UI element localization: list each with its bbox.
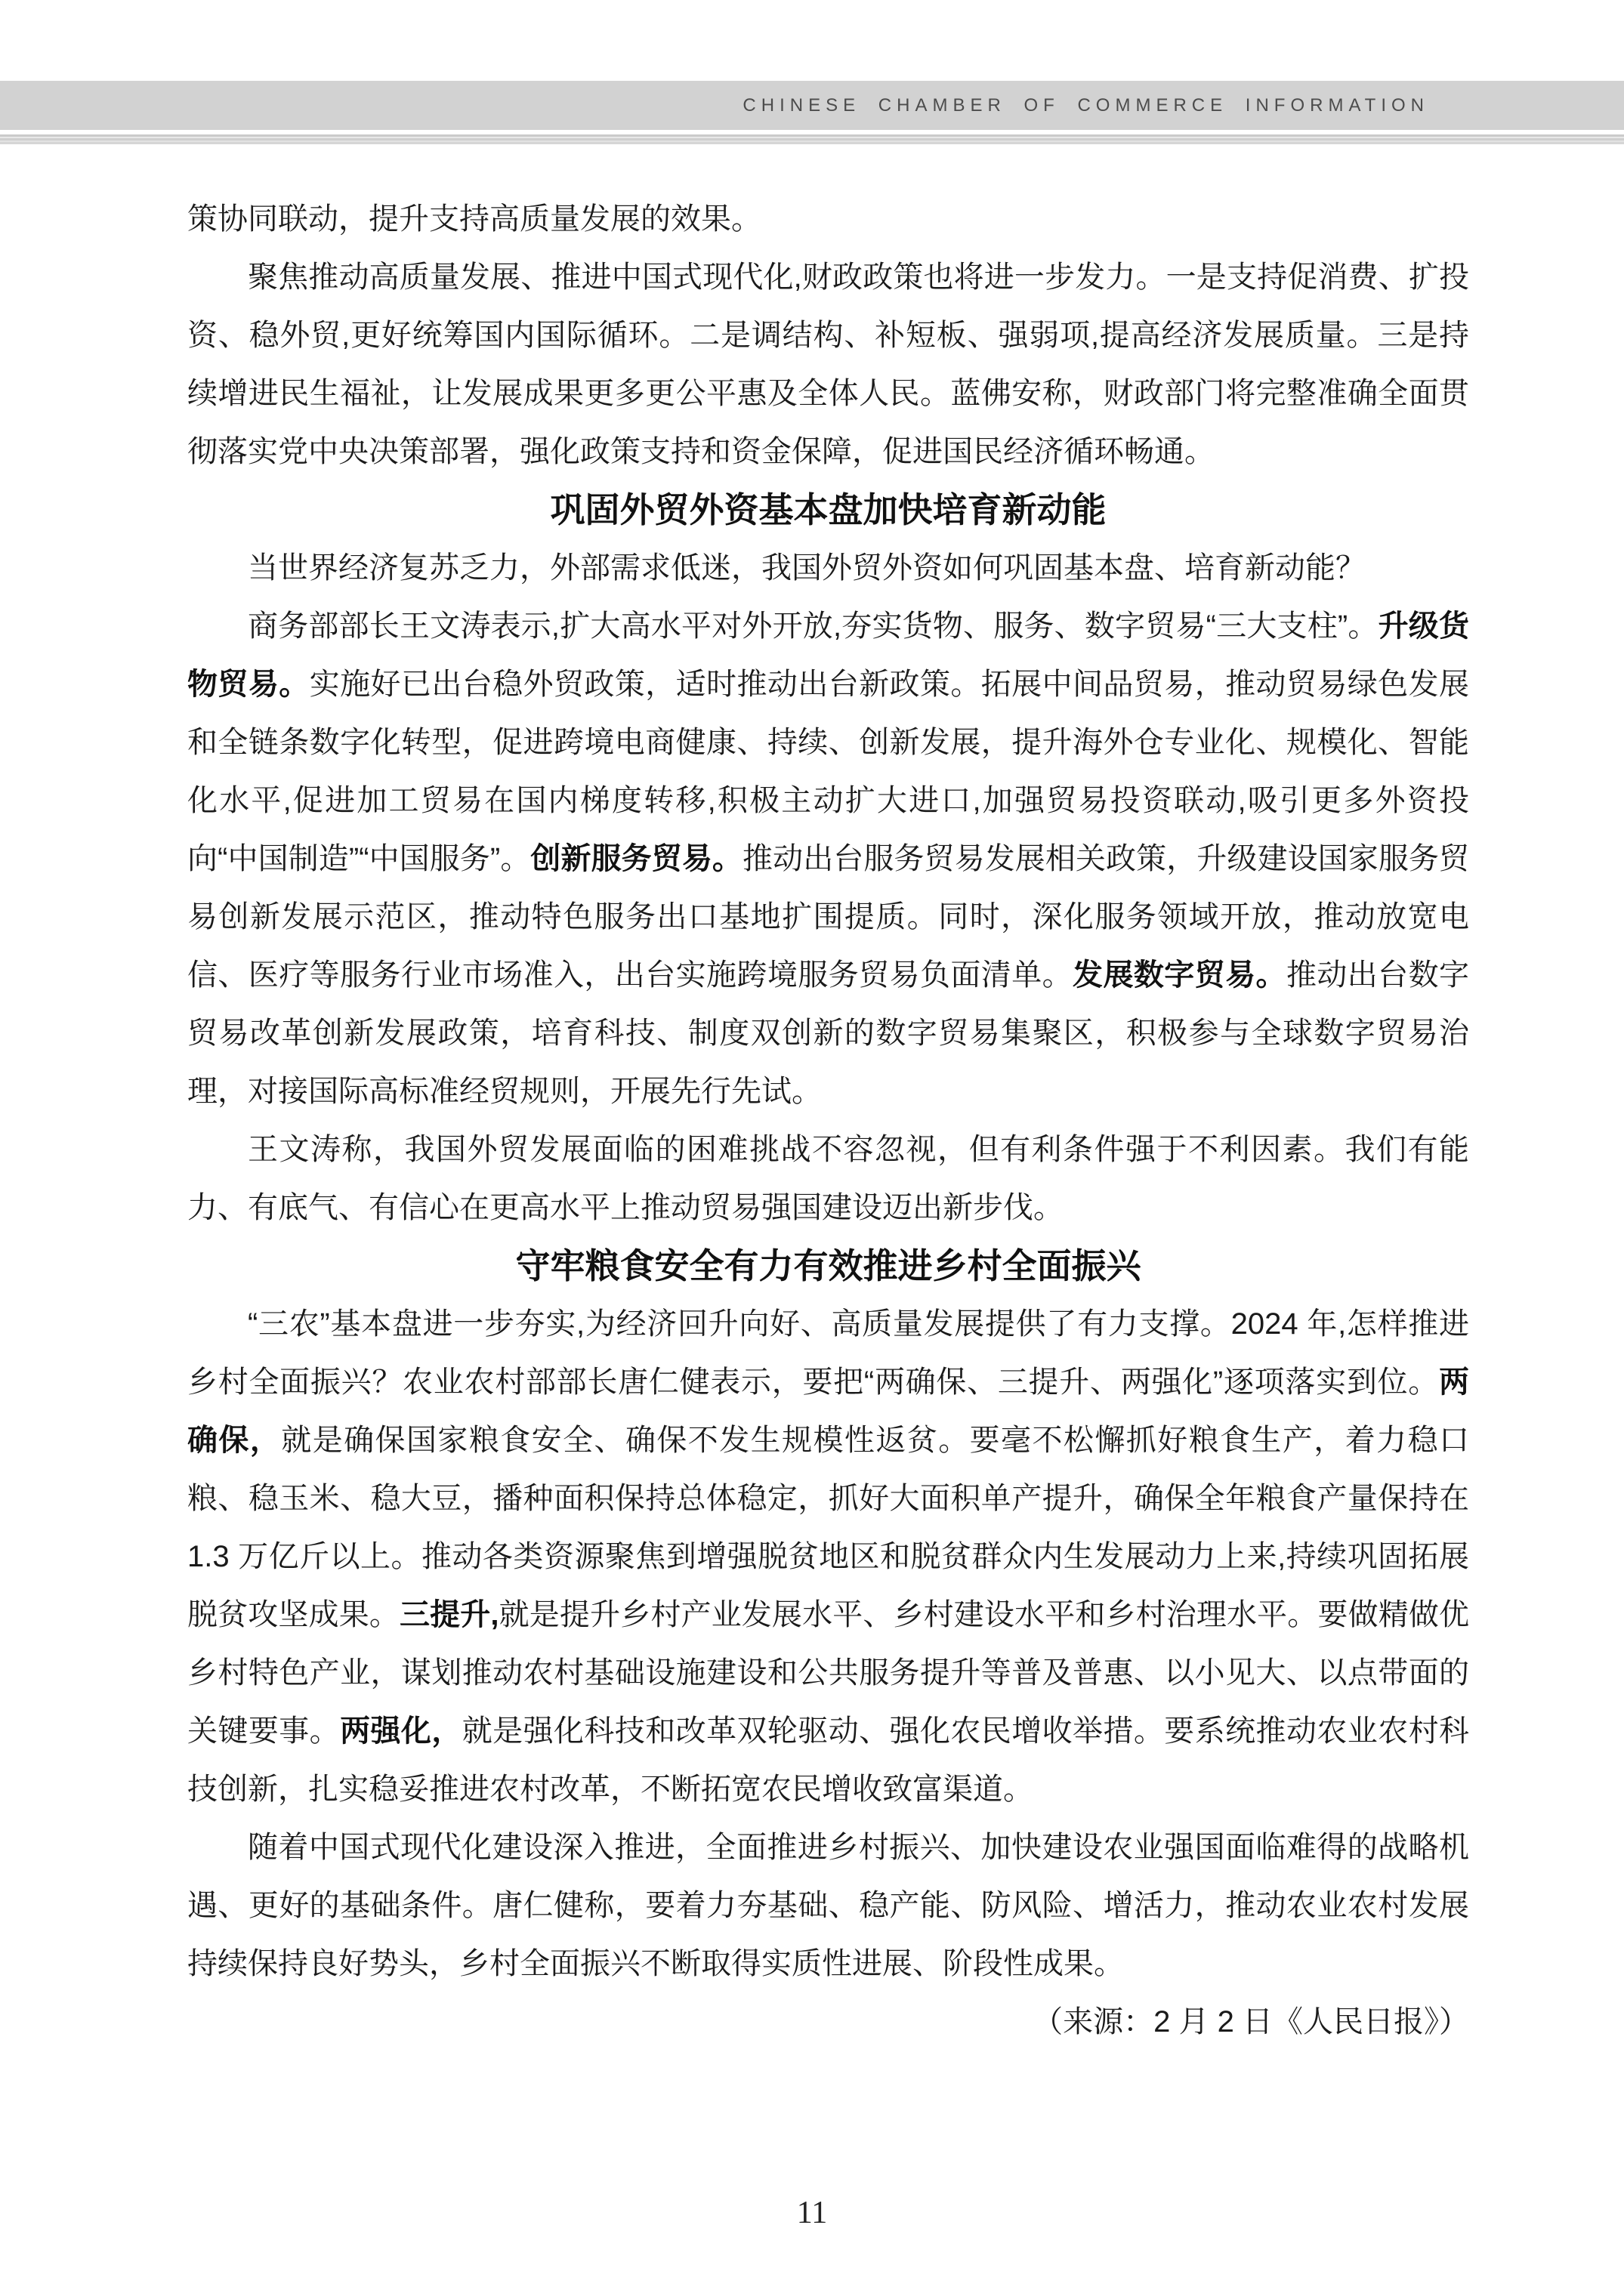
bold-run: 巩固外贸外资基本盘加快培育新动能 <box>551 490 1107 529</box>
paragraph: 商务部部长王文涛表示,扩大高水平对外开放,夯实货物、服务、数字贸易“三大支柱”。… <box>187 597 1469 1121</box>
paragraph: 随着中国式现代化建设深入推进，全面推进乡村振兴、加快建设农业强国面临难得的战略机… <box>187 1819 1469 1993</box>
paragraph: 策协同联动，提升支持高质量发展的效果。 <box>187 190 1469 248</box>
text-run: “三农”基本盘进一步夯实,为经济回升向好、高质量发展提供了有力支撑。2024 年… <box>187 1307 1469 1399</box>
bold-run: 守牢粮食安全有力有效推进乡村全面振兴 <box>516 1246 1141 1285</box>
page-number: 11 <box>0 2195 1624 2231</box>
header-title: CHINESE CHAMBER OF COMMERCE INFORMATION <box>743 95 1429 116</box>
bold-run: 发展数字贸易。 <box>1073 958 1286 992</box>
text-run: 聚焦推动高质量发展、推进中国式现代化,财政政策也将进一步发力。一是支持促消费、扩… <box>187 261 1469 468</box>
bold-run: 三提升, <box>400 1598 499 1631</box>
section-heading: 巩固外贸外资基本盘加快培育新动能 <box>187 481 1469 539</box>
paragraph: “三农”基本盘进一步夯实,为经济回升向好、高质量发展提供了有力支撑。2024 年… <box>187 1295 1469 1819</box>
bold-run: 两强化， <box>340 1714 462 1748</box>
text-run: 策协同联动，提升支持高质量发展的效果。 <box>187 202 761 236</box>
text-run: 王文涛称，我国外贸发展面临的困难挑战不容忽视，但有利条件强于不利因素。我们有能力… <box>187 1133 1469 1224</box>
text-run: 当世界经济复苏乏力，外部需求低迷，我国外贸外资如何巩固基本盘、培育新动能？ <box>248 551 1366 585</box>
section-heading: 守牢粮食安全有力有效推进乡村全面振兴 <box>187 1237 1469 1295</box>
paragraph: 当世界经济复苏乏力，外部需求低迷，我国外贸外资如何巩固基本盘、培育新动能？ <box>187 539 1469 597</box>
document-page: CHINESE CHAMBER OF COMMERCE INFORMATION … <box>0 0 1624 2293</box>
paragraph: 王文涛称，我国外贸发展面临的困难挑战不容忽视，但有利条件强于不利因素。我们有能力… <box>187 1121 1469 1237</box>
bold-run: 创新服务贸易。 <box>530 842 743 875</box>
source-line: （来源：2 月 2 日《人民日报》） <box>187 1993 1469 2051</box>
article-body: 策协同联动，提升支持高质量发展的效果。聚焦推动高质量发展、推进中国式现代化,财政… <box>187 190 1469 2051</box>
header-rule <box>0 134 1624 144</box>
paragraph: 聚焦推动高质量发展、推进中国式现代化,财政政策也将进一步发力。一是支持促消费、扩… <box>187 248 1469 481</box>
text-run: （来源：2 月 2 日《人民日报》） <box>1033 2005 1469 2038</box>
header-band: CHINESE CHAMBER OF COMMERCE INFORMATION <box>0 81 1624 130</box>
text-run: 商务部部长王文涛表示,扩大高水平对外开放,夯实货物、服务、数字贸易“三大支柱”。 <box>248 610 1379 643</box>
text-run: 随着中国式现代化建设深入推进，全面推进乡村振兴、加快建设农业强国面临难得的战略机… <box>187 1831 1469 1980</box>
